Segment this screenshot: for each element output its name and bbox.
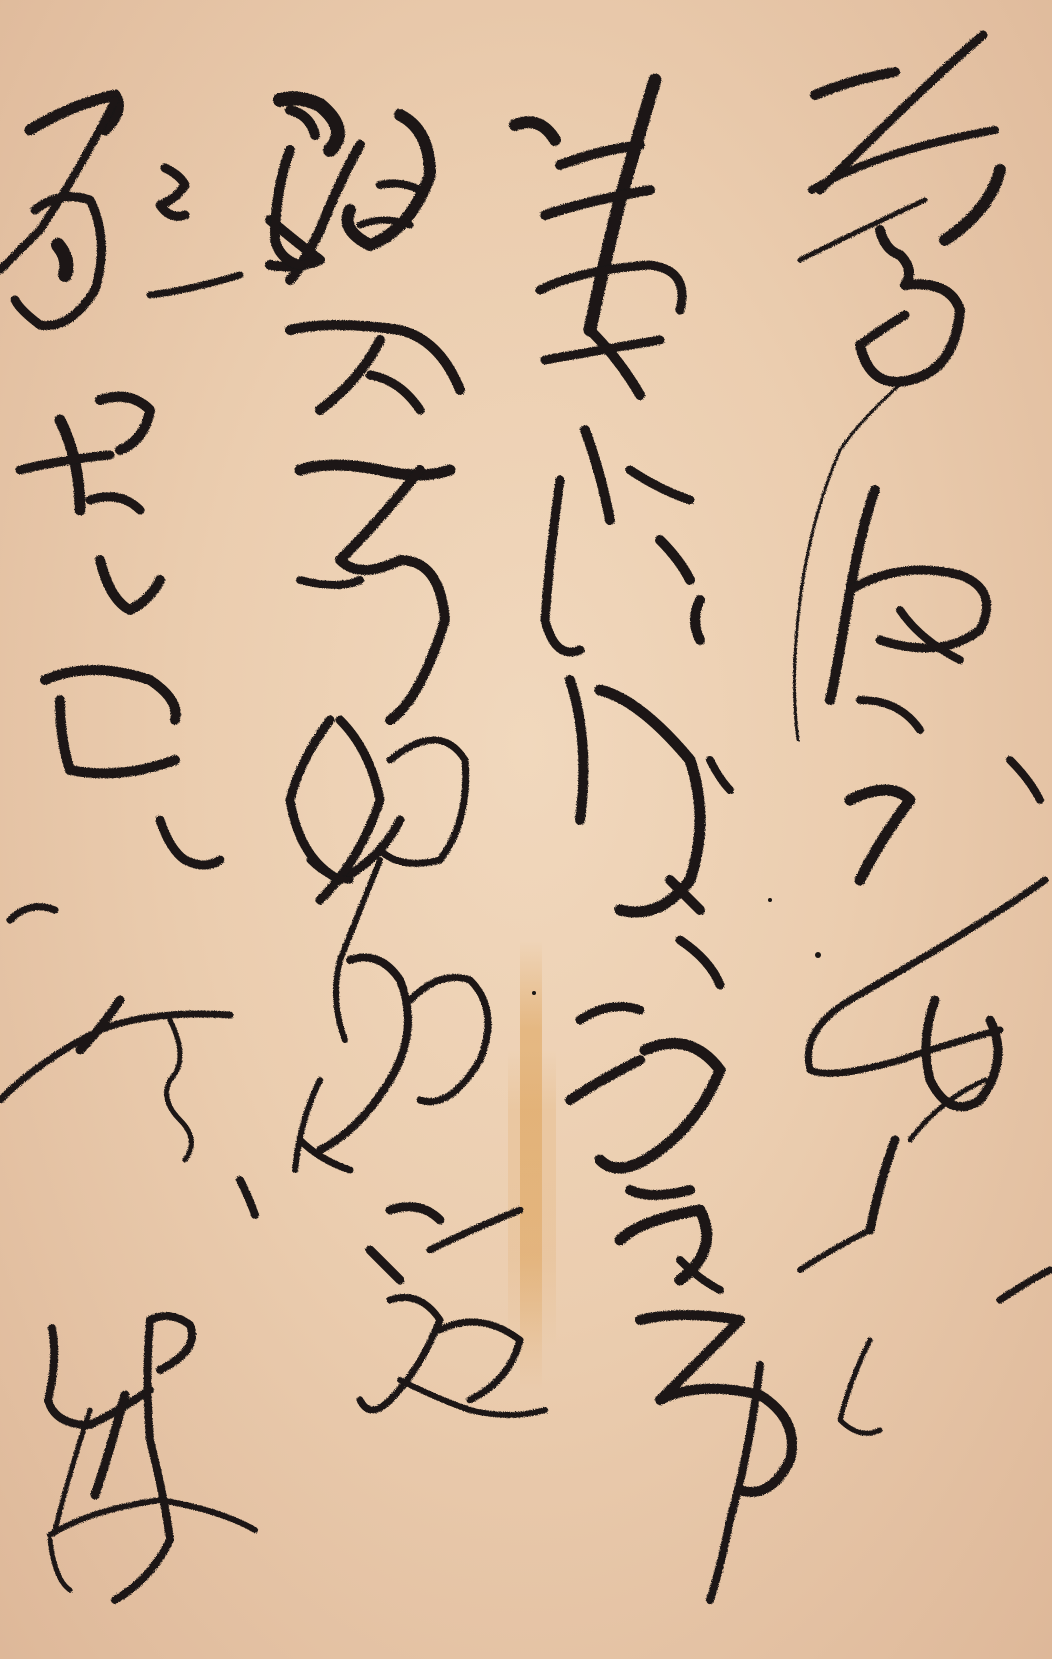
- calligraphy-column-1: [794, 35, 1050, 1433]
- calligraphy-column-5: [48, 1316, 255, 1600]
- calligraphy-canvas: [0, 0, 1052, 1659]
- calligraphy-column-2: [515, 80, 792, 1600]
- calligraphy-column-3: [270, 98, 545, 1415]
- paper-stain: [508, 940, 556, 1390]
- ink-specks: [532, 898, 821, 995]
- calligraphy-artwork: Chinese cursive calligraphy (草书) on aged…: [0, 0, 1052, 1659]
